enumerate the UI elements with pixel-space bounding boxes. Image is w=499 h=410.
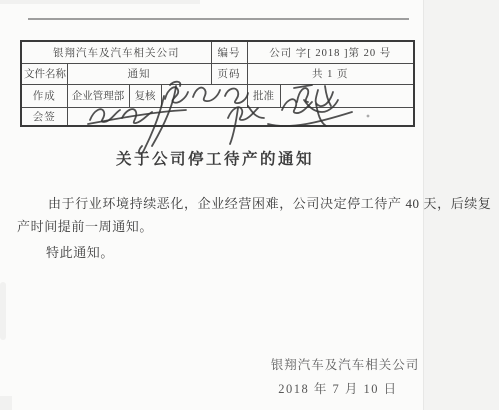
scanned-notice-document: { "page": { "kind": "scanned company not… [0,0,499,410]
body-text-line-1: 由于行业环境持续恶化，企业经营困难，公司决定停工待产 40 天，后续复 [48,193,492,212]
document-title: 关于公司停工待产的通知 [0,147,430,169]
cell-file-name-value: 通知 [67,63,211,84]
cell-prepared-by-value: 企业管理部 [67,84,129,107]
scan-artifact-bottom-left [0,396,12,410]
footer-company-name: 银翔汽车及汽车相关公司 [240,355,450,373]
cell-approve-signature [280,84,414,107]
cell-prepared-by-label: 作成 [21,84,67,107]
cell-page-label: 页码 [211,63,247,84]
cell-page-value: 共 1 页 [247,63,414,84]
document-header-table: 银翔汽车及汽车相关公司 编号 公司 字[ 2018 ]第 20 号 文件名称 通… [20,40,415,127]
body-text-line-3: 特此通知。 [46,242,114,261]
cell-approve-label: 批准 [247,84,280,107]
scan-artifact-left [0,282,6,340]
top-horizontal-rule [28,18,409,20]
cell-review-signature [161,84,247,107]
scan-artifact-top [0,0,200,4]
footer-date: 2018 年 7 月 10 日 [240,379,436,397]
cell-countersign-signatures [67,107,414,126]
cell-company-name: 银翔汽车及汽车相关公司 [21,41,211,63]
cell-review-label: 复核 [129,84,161,107]
body-text-line-2: 产时间提前一周通知。 [17,216,153,235]
cell-file-name-label: 文件名称 [21,63,67,84]
cell-doc-no-value: 公司 字[ 2018 ]第 20 号 [247,41,414,63]
cell-countersign-label: 会签 [21,107,67,126]
cell-doc-no-label: 编号 [211,41,247,63]
